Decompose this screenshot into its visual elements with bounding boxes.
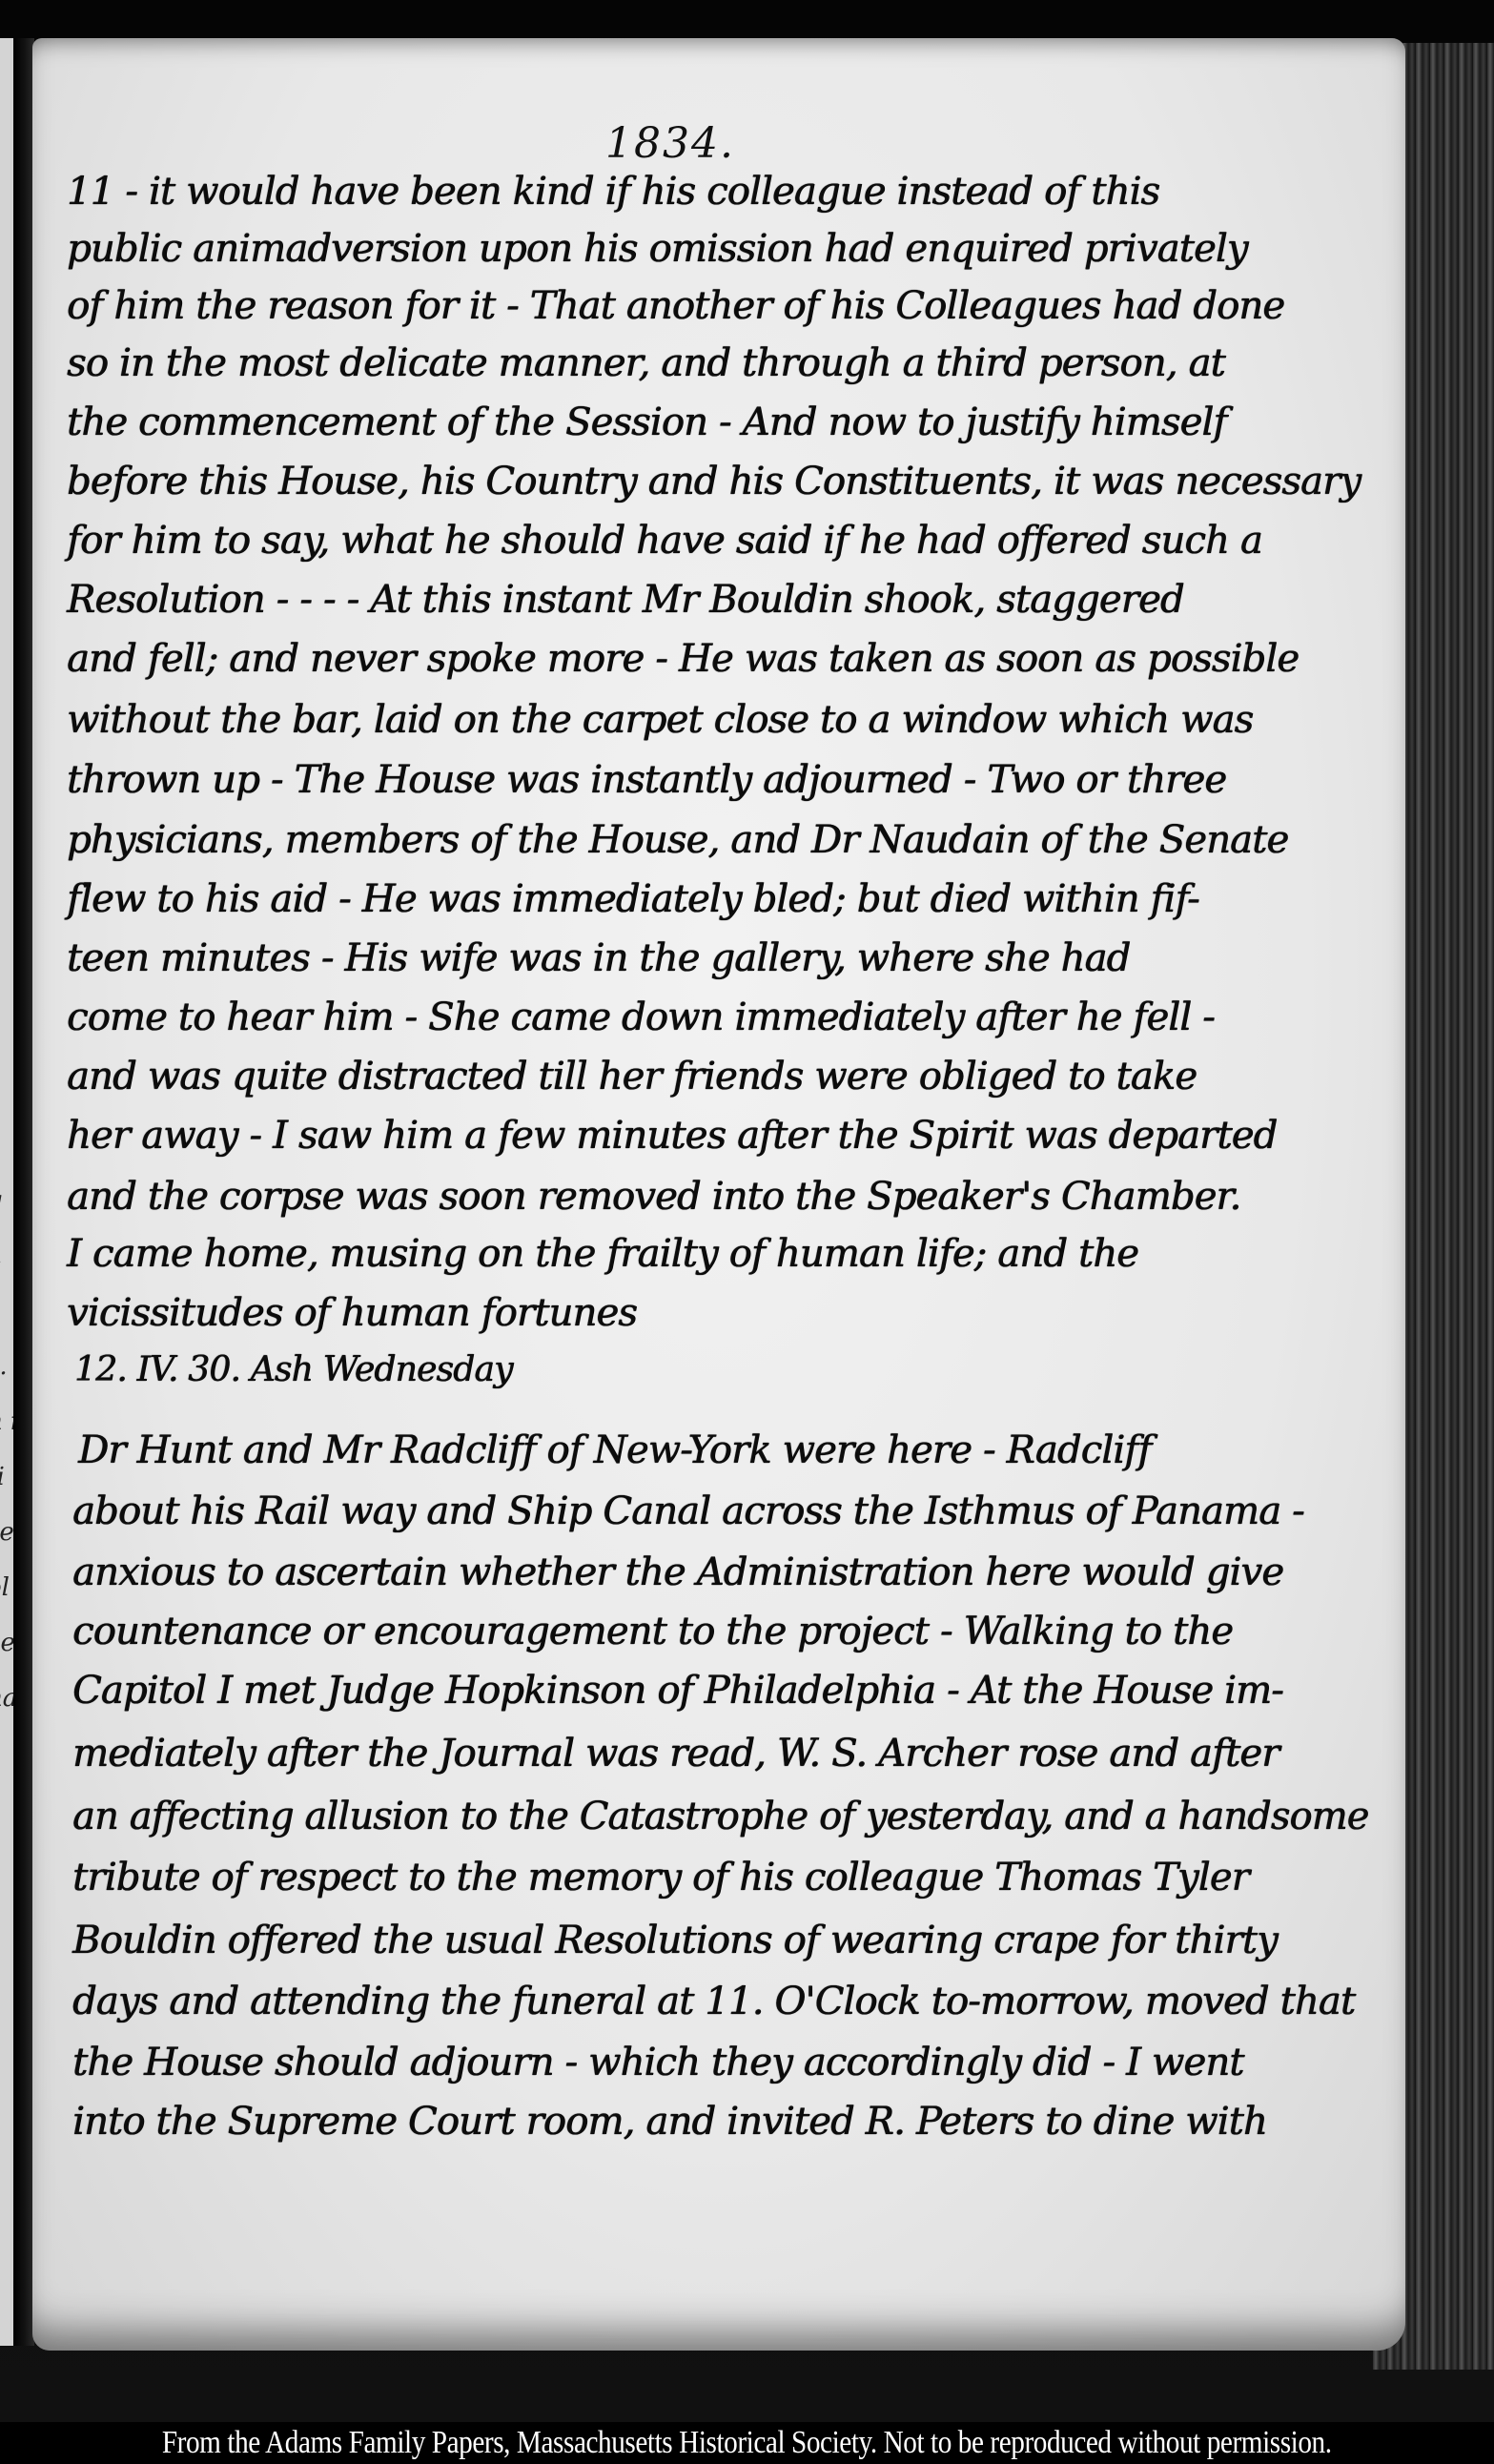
facing-fragment: se	[0, 1505, 13, 1560]
manuscript-line: for him to say, what he should have said…	[67, 519, 1262, 563]
manuscript-line: vicissitudes of human fortunes	[67, 1291, 637, 1335]
facing-fragment: f	[0, 1283, 13, 1339]
manuscript-line: the House should adjourn - which they ac…	[72, 2041, 1243, 2084]
facing-fragment: s.	[0, 1339, 13, 1394]
manuscript-line: before this House, his Country and his C…	[67, 460, 1361, 503]
manuscript-line: and the corpse was soon removed into the…	[67, 1175, 1240, 1219]
manuscript-line: and was quite distracted till her friend…	[67, 1055, 1197, 1099]
manuscript-line: mediately after the Journal was read, W.…	[72, 1732, 1279, 1776]
manuscript-line: thrown up - The House was instantly adjo…	[67, 758, 1226, 802]
manuscript-line: of him the reason for it - That another …	[67, 284, 1284, 328]
manuscript-line: Bouldin offered the usual Resolutions of…	[72, 1919, 1278, 1962]
manuscript-line: and fell; and never spoke more - He was …	[67, 637, 1299, 681]
manuscript-line: Capitol I met Judge Hopkinson of Philade…	[72, 1669, 1283, 1713]
manuscript-line: Dr Hunt and Mr Radcliff of New-York were…	[78, 1428, 1151, 1472]
facing-page-text-fragments: g i. f s. n i ti se ol ce na	[0, 1173, 13, 2298]
manuscript-line: into the Supreme Court room, and invited…	[72, 2100, 1267, 2144]
manuscript-line: I came home, musing on the frailty of hu…	[67, 1232, 1138, 1276]
manuscript-line: days and attending the funeral at 11. O'…	[72, 1980, 1355, 2023]
manuscript-line: so in the most delicate manner, and thro…	[67, 341, 1225, 385]
manuscript-line: the commencement of the Session - And no…	[67, 400, 1226, 444]
manuscript-line: tribute of respect to the memory of his …	[72, 1856, 1249, 1899]
manuscript-line: about his Rail way and Ship Canal across…	[72, 1489, 1304, 1533]
diary-date-entry: 12. IV. 30. Ash Wednesday	[74, 1350, 513, 1389]
copyright-caption: From the Adams Family Papers, Massachuse…	[162, 2425, 1332, 2461]
facing-fragment: ce	[0, 1615, 13, 1671]
manuscript-line: anxious to ascertain whether the Adminis…	[72, 1550, 1283, 1594]
manuscript-line: Resolution - - - - At this instant Mr Bo…	[67, 578, 1184, 622]
facing-fragment: ti	[0, 1449, 13, 1505]
facing-fragment: g	[0, 1173, 13, 1228]
manuscript-line: 11 - it would have been kind if his coll…	[67, 170, 1159, 214]
manuscript-line: flew to his aid - He was immediately ble…	[67, 877, 1199, 921]
facing-fragment: na	[0, 1671, 13, 1726]
manuscript-line: countenance or encouragement to the proj…	[72, 1610, 1233, 1653]
manuscript-line: teen minutes - His wife was in the galle…	[67, 936, 1130, 980]
manuscript-line: come to hear him - She came down immedia…	[67, 996, 1215, 1039]
manuscript-line: her away - I saw him a few minutes after…	[67, 1114, 1277, 1158]
manuscript-line: public animadversion upon his omission h…	[67, 227, 1248, 271]
page-heading-year: 1834.	[605, 119, 735, 168]
facing-fragment: n i	[0, 1394, 13, 1449]
manuscript-line: physicians, members of the House, and Dr…	[67, 818, 1288, 862]
manuscript-line: without the bar, laid on the carpet clos…	[67, 698, 1253, 742]
facing-fragment: ol	[0, 1560, 13, 1615]
book-gutter	[13, 38, 34, 2346]
copyright-caption-bar: From the Adams Family Papers, Massachuse…	[0, 2422, 1494, 2464]
manuscript-page: 1834. 11 - it would have been kind if hi…	[32, 38, 1405, 2351]
manuscript-line: an affecting allusion to the Catastrophe…	[72, 1795, 1368, 1838]
facing-fragment: i.	[0, 1228, 13, 1283]
